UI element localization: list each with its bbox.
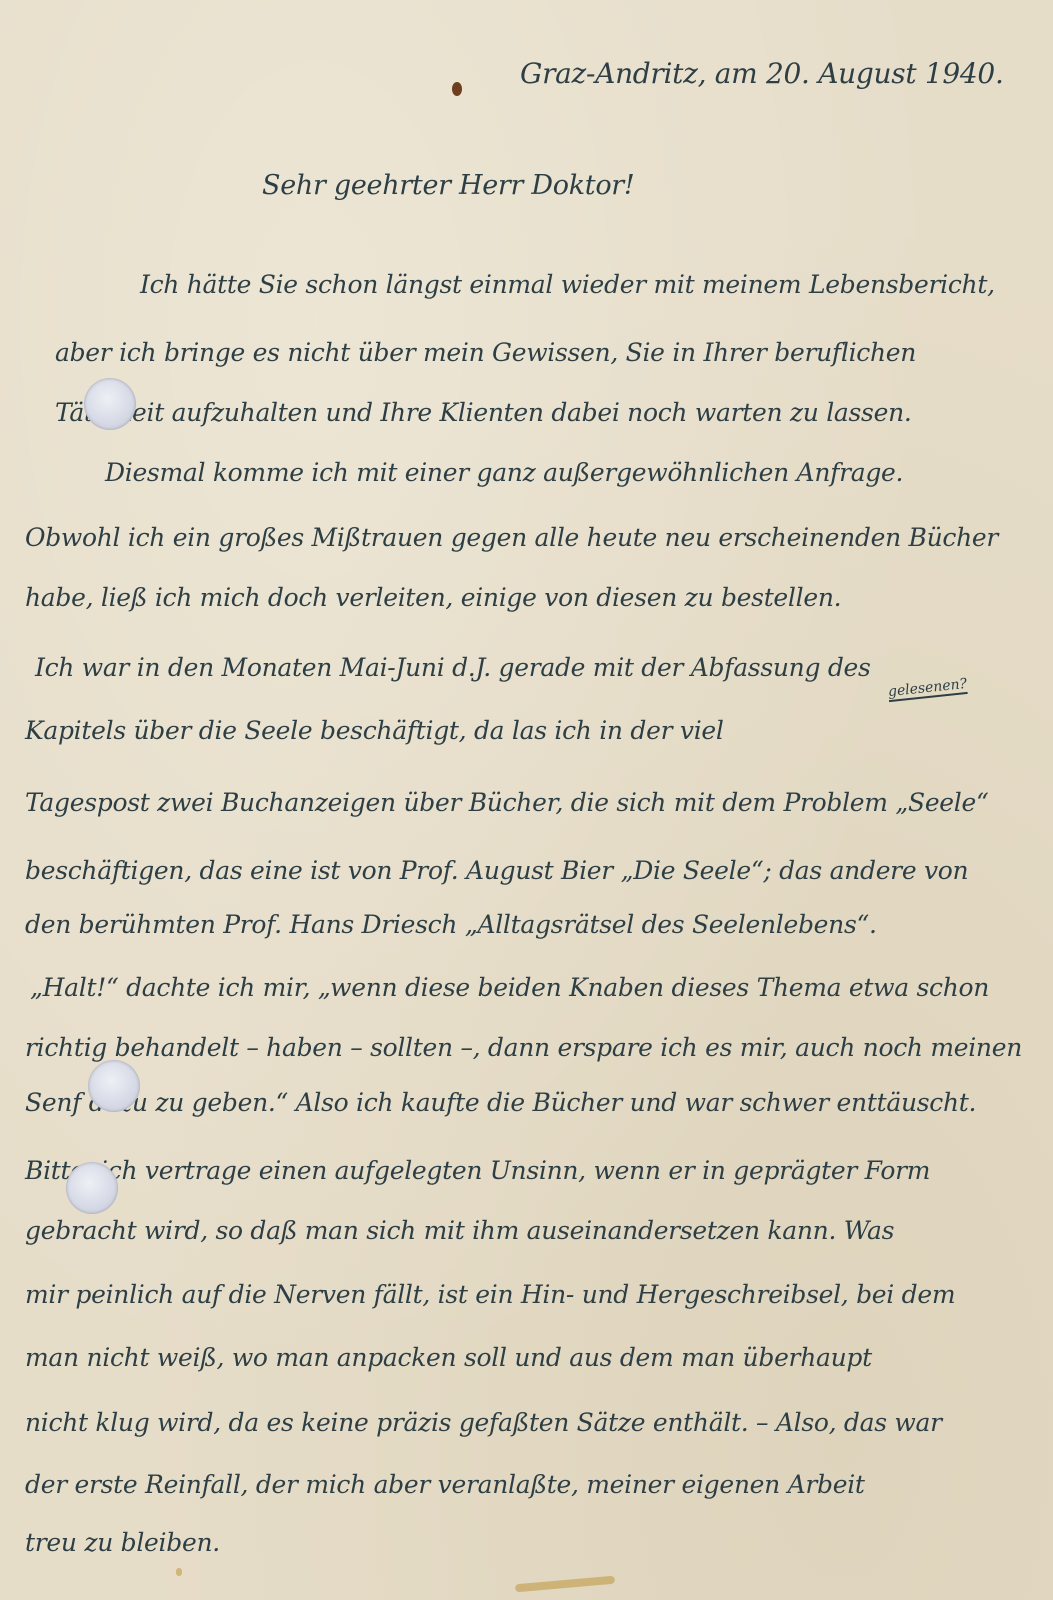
letter-line-6: habe, ließ ich mich doch verleiten, eini… — [25, 585, 841, 610]
paper-stain — [515, 1576, 615, 1593]
letter-line-8: Kapitels über die Seele beschäftigt, da … — [25, 718, 724, 743]
letter-line-11: den berühmten Prof. Hans Driesch „Alltag… — [25, 912, 877, 937]
letter-line-21: treu zu bleiben. — [25, 1530, 220, 1555]
punch-hole-middle — [88, 1060, 140, 1112]
letter-line-20: der erste Reinfall, der mich aber veranl… — [25, 1472, 865, 1497]
letter-line-10: beschäftigen, das eine ist von Prof. Aug… — [25, 858, 968, 883]
letter-line-12: „Halt!“ dachte ich mir, „wenn diese beid… — [30, 975, 989, 1000]
letter-line-2: aber ich bringe es nicht über mein Gewis… — [55, 340, 916, 365]
place-date: Graz-Andritz, am 20. August 1940. — [520, 60, 1004, 88]
letter-line-15: Bitte, ich vertrage einen aufgelegten Un… — [25, 1158, 930, 1183]
letter-line-18: man nicht weiß, wo man anpacken soll und… — [25, 1345, 872, 1370]
letter-line-13: richtig behandelt – haben – sollten –, d… — [25, 1035, 1022, 1060]
letter-line-19: nicht klug wird, da es keine präzis gefa… — [25, 1410, 942, 1435]
interlinear-insertion: gelesenen? — [887, 676, 968, 702]
letter-line-1: Ich hätte Sie schon längst einmal wieder… — [140, 272, 995, 297]
salutation: Sehr geehrter Herr Doktor! — [262, 172, 634, 199]
letter-line-7: Ich war in den Monaten Mai-Juni d.J. ger… — [35, 655, 871, 680]
ink-spot — [452, 82, 462, 96]
letter-line-9: Tagespost zwei Buchanzeigen über Bücher,… — [25, 790, 988, 815]
paper-stain-small — [176, 1568, 182, 1576]
letter-line-3: Tätigkeit aufzuhalten und Ihre Klienten … — [55, 400, 912, 425]
letter-line-17: mir peinlich auf die Nerven fällt, ist e… — [25, 1282, 955, 1307]
letter-line-5: Obwohl ich ein großes Mißtrauen gegen al… — [25, 525, 998, 550]
letter-line-4: Diesmal komme ich mit einer ganz außerge… — [105, 460, 903, 485]
punch-hole-bottom — [66, 1162, 118, 1214]
letter-line-14: Senf dazu zu geben.“ Also ich kaufte die… — [25, 1090, 976, 1115]
letter-line-16: gebracht wird, so daß man sich mit ihm a… — [25, 1218, 894, 1243]
punch-hole-top — [84, 378, 136, 430]
letter-page: Graz-Andritz, am 20. August 1940. Sehr g… — [0, 0, 1053, 1600]
